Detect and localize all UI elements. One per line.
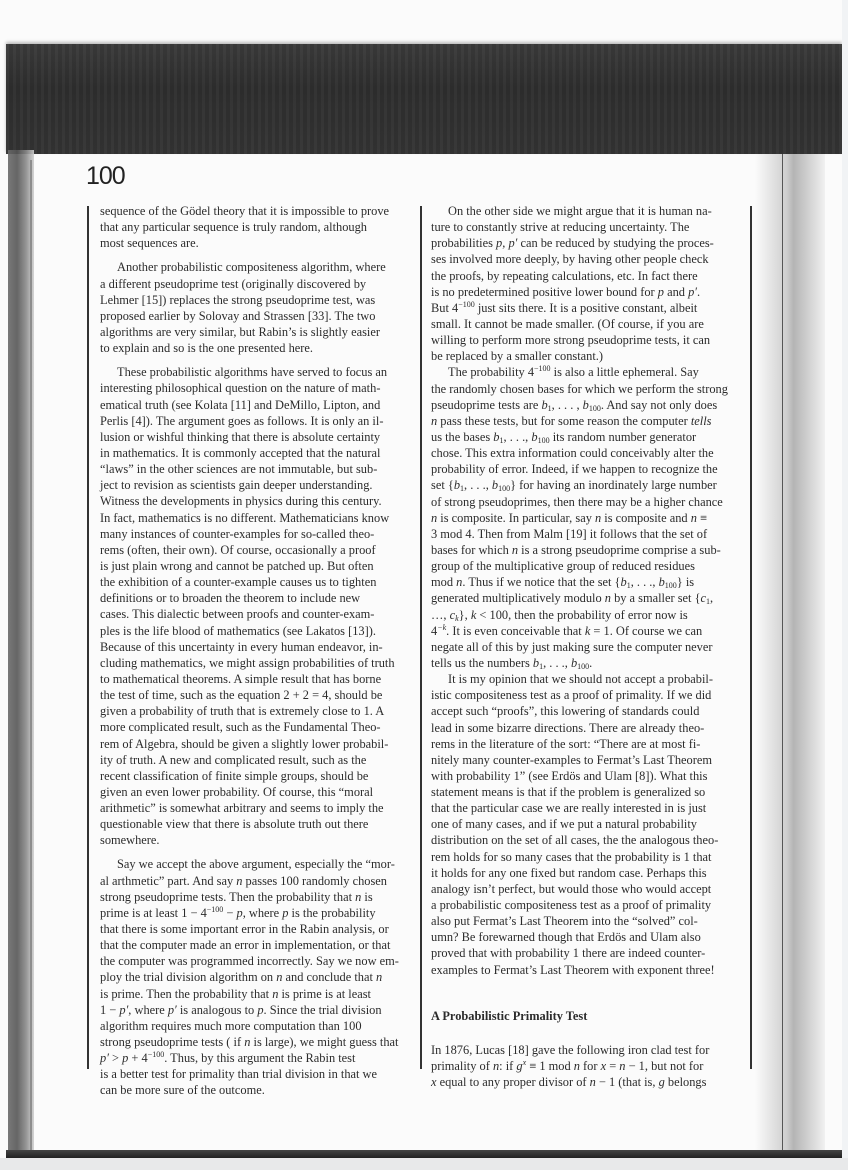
text-line: The probability 4−100 is also a little e…	[431, 364, 744, 380]
text-line: These probabilistic algorithms have serv…	[100, 364, 412, 380]
text-line: many instances of counter-examples for s…	[100, 526, 412, 542]
text-line: ematical truth (see Kolata [11] and DeMi…	[100, 397, 412, 413]
text-line: distribution on the set of all cases, th…	[431, 832, 744, 848]
column-rule-left	[87, 206, 89, 1069]
page-number: 100	[86, 162, 125, 191]
text-line: negate all of this by just making sure t…	[431, 639, 744, 655]
text-line: that the computer made an error in imple…	[100, 937, 412, 953]
text-line: to mathematical theorems. A simple resul…	[100, 671, 412, 687]
scan-shadow-top	[6, 44, 842, 154]
text-line: primality of n: if gx ≡ 1 mod n for x = …	[431, 1058, 744, 1074]
text-line: somewhere.	[100, 832, 412, 848]
text-line: Witness the developments in physics duri…	[100, 493, 412, 509]
text-line: the randomly chosen bases for which we p…	[431, 381, 744, 397]
text-line: strong pseudoprime tests ( if n is large…	[100, 1034, 412, 1050]
text-line: “laws” in the other sciences are not imm…	[100, 461, 412, 477]
text-line: can be more sure of the outcome.	[100, 1082, 412, 1098]
text-line: cluding mathematics, we might assign pro…	[100, 655, 412, 671]
text-line: recent classification of finite simple g…	[100, 768, 412, 784]
text-line: set {b1, . . ., b100} for having an inor…	[431, 477, 744, 493]
paragraph: In 1876, Lucas [18] gave the following i…	[431, 1042, 744, 1090]
scan-margin-right	[842, 0, 848, 1170]
text-line: chose. This extra information could conc…	[431, 445, 744, 461]
text-line: umn? Be forewarned though that Erdös and…	[431, 929, 744, 945]
text-line: is just plain wrong and cannot be patche…	[100, 558, 412, 574]
text-line: of strong pseudoprimes, then there may b…	[431, 494, 744, 510]
text-line: algorithm requires much more computation…	[100, 1018, 412, 1034]
text-line: ses involved more deeply, by having othe…	[431, 251, 744, 267]
text-line: 4−k. It is even conceivable that k = 1. …	[431, 623, 744, 639]
text-line: In fact, mathematics is no different. Ma…	[100, 510, 412, 526]
scan-shadow-bottom	[6, 1150, 842, 1158]
text-line: is prime. Then the probability that n is…	[100, 986, 412, 1002]
text-line: 1 − p′, where p′ is analogous to p. Sinc…	[100, 1002, 412, 1018]
text-line: the exhibition of a counter-example caus…	[100, 574, 412, 590]
text-line: ity of truth. A new and complicated resu…	[100, 752, 412, 768]
text-line: bases for which n is a strong pseudoprim…	[431, 542, 744, 558]
text-line: x equal to any proper divisor of n − 1 (…	[431, 1074, 744, 1090]
text-line: cases. This dialectic between proofs and…	[100, 606, 412, 622]
text-line: istic compositeness test as a proof of p…	[431, 687, 744, 703]
text-line: rems in the literature of the sort: “The…	[431, 736, 744, 752]
text-line: ploy the trial division algorithm on n a…	[100, 969, 412, 985]
paragraph: The probability 4−100 is also a little e…	[431, 364, 744, 671]
text-line: sequence of the Gödel theory that it is …	[100, 203, 412, 219]
text-line: Say we accept the above argument, especi…	[100, 856, 412, 872]
text-line: ples is the life blood of mathematics (s…	[100, 623, 412, 639]
text-line: Lehmer [15]) replaces the strong pseudop…	[100, 292, 412, 308]
text-line: …, ck}, k < 100, then the probability of…	[431, 607, 744, 623]
text-line: n pass these tests, but for some reason …	[431, 413, 744, 429]
text-line: examples to Fermat’s Last Theorem with e…	[431, 962, 744, 978]
paragraph: Say we accept the above argument, especi…	[100, 856, 412, 1098]
column-rule-right	[750, 206, 752, 1069]
text-line: strong pseudoprime tests. Then the proba…	[100, 889, 412, 905]
text-line: lusion or wishful thinking that there is…	[100, 429, 412, 445]
text-line: But 4−100 just sits there. It is a posit…	[431, 300, 744, 316]
text-line: generated multiplicatively modulo n by a…	[431, 590, 744, 606]
text-line: 3 mod 4. Then from Malm [19] it follows …	[431, 526, 744, 542]
text-line: statement means is that if the problem i…	[431, 784, 744, 800]
text-line: tells us the numbers b1, . . ., b100.	[431, 655, 744, 671]
text-line: that the particular case we are really i…	[431, 800, 744, 816]
paragraph: It is my opinion that we should not acce…	[431, 671, 744, 978]
paragraph: These probabilistic algorithms have serv…	[100, 364, 412, 848]
text-line: most sequences are.	[100, 235, 412, 251]
paragraph: sequence of the Gödel theory that it is …	[100, 203, 412, 251]
text-line: willing to perform more strong pseudopri…	[431, 332, 744, 348]
text-line: p′ > p + 4−100. Thus, by this argument t…	[100, 1050, 412, 1066]
column-rule-middle	[420, 206, 422, 1069]
text-line: Because of this uncertainty in every hum…	[100, 639, 412, 655]
text-line: Another probabilistic compositeness algo…	[100, 259, 412, 275]
text-line: al arthmetic” part. And say n passes 100…	[100, 873, 412, 889]
text-line: pseudoprime tests are b1, . . . , b100. …	[431, 397, 744, 413]
text-line: arithmetic” is somewhat arbitrary and se…	[100, 800, 412, 816]
scan-shadow-right	[755, 154, 825, 1154]
text-line: in mathematics. It is commonly accepted …	[100, 445, 412, 461]
text-line: rem holds for so many cases that the pro…	[431, 849, 744, 865]
text-line: definitions or to broaden the theorem to…	[100, 590, 412, 606]
text-line: ject to revision as scientists gain deep…	[100, 477, 412, 493]
text-line: rems (often, their own). Of course, occa…	[100, 542, 412, 558]
text-line: In 1876, Lucas [18] gave the following i…	[431, 1042, 744, 1058]
text-line: a different pseudoprime test (originally…	[100, 276, 412, 292]
text-line: one of many cases, and if we put a natur…	[431, 816, 744, 832]
text-line: us the bases b1, . . ., b100 its random …	[431, 429, 744, 445]
text-line: rem of Algebra, should be given a slight…	[100, 736, 412, 752]
text-line: the test of time, such as the equation 2…	[100, 687, 412, 703]
text-line: with probability 1” (see Erdös and Ulam …	[431, 768, 744, 784]
text-line: ture to constantly strive at reducing un…	[431, 219, 744, 235]
text-line: accept such “proofs”, this lowering of s…	[431, 703, 744, 719]
paragraph: On the other side we might argue that it…	[431, 203, 744, 364]
text-line: proposed earlier by Solovay and Strassen…	[100, 308, 412, 324]
text-line: the proofs, by repeating calculations, e…	[431, 268, 744, 284]
text-line: that any particular sequence is truly ra…	[100, 219, 412, 235]
text-line: is no predetermined positive lower bound…	[431, 284, 744, 300]
page-edge-left	[30, 160, 32, 1160]
text-line: prime is at least 1 − 4−100 − p, where p…	[100, 905, 412, 921]
text-line: group of the multiplicative group of red…	[431, 558, 744, 574]
text-line: more complicated result, such as the Fun…	[100, 719, 412, 735]
paragraph: Another probabilistic compositeness algo…	[100, 259, 412, 356]
text-line: analogy isn’t perfect, but would those w…	[431, 881, 744, 897]
text-line: it holds for any one fixed but random ca…	[431, 865, 744, 881]
text-line: interesting philosophical question on th…	[100, 380, 412, 396]
text-line: On the other side we might argue that it…	[431, 203, 744, 219]
text-line: the computer was programmed incorrectly.…	[100, 953, 412, 969]
text-line: probabilities p, p′ can be reduced by st…	[431, 235, 744, 251]
text-line: probability of error. Indeed, if we happ…	[431, 461, 744, 477]
text-line: given an even lower probability. Of cour…	[100, 784, 412, 800]
text-line: nitely many counter-examples to Fermat’s…	[431, 752, 744, 768]
text-line: mod n. Thus if we notice that the set {b…	[431, 574, 744, 590]
text-line: algorithms are very similar, but Rabin’s…	[100, 324, 412, 340]
text-line: n is composite. In particular, say n is …	[431, 510, 744, 526]
text-line: It is my opinion that we should not acce…	[431, 671, 744, 687]
page-fold-line	[782, 154, 783, 1154]
scan-margin-bottom	[0, 1158, 848, 1170]
left-column: sequence of the Gödel theory that it is …	[100, 203, 412, 1099]
text-line: also put Fermat’s Last Theorem into the …	[431, 913, 744, 929]
section-heading: A Probabilistic Primality Test	[431, 1008, 744, 1024]
text-line: lead in some bizarre directions. There a…	[431, 720, 744, 736]
text-line: proved that with probability 1 there are…	[431, 945, 744, 961]
text-line: questionable view that there is absolute…	[100, 816, 412, 832]
text-line: a probabilistic compositeness test as a …	[431, 897, 744, 913]
text-line: to explain and so is the one presented h…	[100, 340, 412, 356]
text-line: small. It cannot be made smaller. (Of co…	[431, 316, 744, 332]
text-line: given a probability of truth that is ext…	[100, 703, 412, 719]
right-column: On the other side we might argue that it…	[431, 203, 744, 1090]
text-line: Perlis [4]). The argument goes as follow…	[100, 413, 412, 429]
text-line: that there is some important error in th…	[100, 921, 412, 937]
text-line: is a better test for primality than tria…	[100, 1066, 412, 1082]
text-line: be replaced by a smaller constant.)	[431, 348, 744, 364]
